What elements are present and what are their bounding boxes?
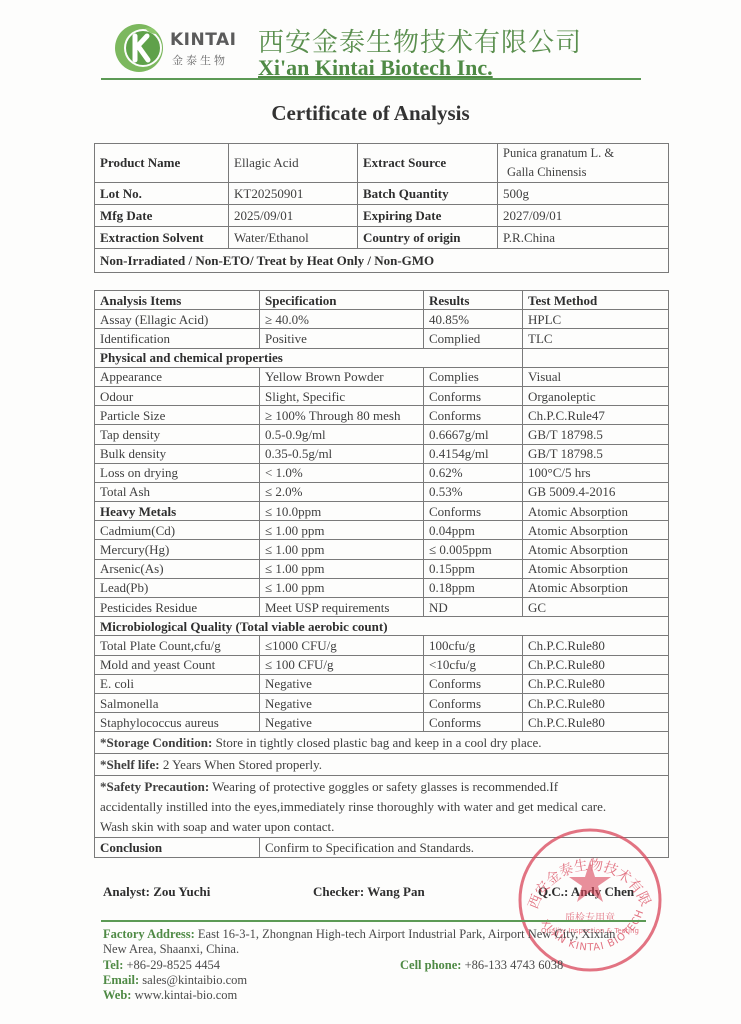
telephone: Tel: +86-29-8525 4454 [103,958,220,973]
product-name-label: Product Name [95,144,229,183]
spec-cell: < 1.0% [260,463,424,482]
product-info-table: Product Name Ellagic Acid Extract Source… [94,143,669,273]
safety-line2: accidentally instilled into the eyes,imm… [100,799,606,814]
method-cell: 100°C/5 hrs [523,463,669,482]
method-cell: TLC [523,329,669,348]
analysis-row: Bulk density0.35-0.5g/ml0.4154g/mlGB/T 1… [95,444,669,463]
shelf-life: *Shelf life: 2 Years When Stored properl… [95,754,669,776]
analysis-row: Assay (Ellagic Acid)≥ 40.0%40.85%HPLC [95,310,669,329]
method-cell: Atomic Absorption [523,540,669,559]
analysis-row: IdentificationPositiveCompliedTLC [95,329,669,348]
item-cell: Staphylococcus aureus [95,713,260,732]
item-cell: Pesticides Residue [95,598,260,617]
extract-source-line2: Galla Chinensis [503,163,663,182]
address-line1: East 16-3-1, Zhongnan High-tech Airport … [195,927,616,941]
result-cell: 0.4154g/ml [424,444,523,463]
analysis-row: Cadmium(Cd)≤ 1.00 ppm0.04ppmAtomic Absor… [95,521,669,540]
extraction-solvent-label: Extraction Solvent [95,227,229,249]
cell-phone: Cell phone: +86-133 4743 6038 [400,958,563,973]
method-cell: Test Method [523,291,669,310]
factory-address: Factory Address: East 16-3-1, Zhongnan H… [103,927,615,957]
storage-condition-text: *Storage Condition: Store in tightly clo… [95,732,669,754]
item-cell: Total Plate Count,cfu/g [95,636,260,655]
analysis-row: Loss on drying< 1.0%0.62%100°C/5 hrs [95,463,669,482]
result-cell: 0.62% [424,463,523,482]
web-label: Web: [103,988,131,1002]
method-cell: Ch.P.C.Rule80 [523,636,669,655]
section-microbiological: Microbiological Quality (Total viable ae… [95,617,669,636]
method-cell: GC [523,598,669,617]
spec-cell: Yellow Brown Powder [260,367,424,386]
analysis-row: Arsenic(As)≤ 1.00 ppm0.15ppmAtomic Absor… [95,559,669,578]
kintai-logo-icon [113,22,165,74]
section-physical-chemical: Physical and chemical properties [95,348,669,367]
address-line2: New Area, Shaanxi, China. [103,942,239,956]
spec-cell: ≥ 40.0% [260,310,424,329]
result-cell: <10cfu/g [424,655,523,674]
result-cell: 0.04ppm [424,521,523,540]
safety-precaution-text: *Safety Precaution: Wearing of protectiv… [95,776,669,838]
method-cell: Ch.P.C.Rule47 [523,406,669,425]
safety-precaution: *Safety Precaution: Wearing of protectiv… [95,776,669,838]
empty-cell [523,348,669,367]
expiring-date-value: 2027/09/01 [498,205,669,227]
item-cell: Lead(Pb) [95,578,260,597]
email-value[interactable]: sales@kintaibio.com [139,973,247,987]
result-cell: Conforms [424,674,523,693]
item-cell: Odour [95,386,260,405]
product-info-row: Mfg Date 2025/09/01 Expiring Date 2027/0… [95,205,669,227]
analyst-signature: Analyst: Zou Yuchi [103,884,210,900]
item-cell: Tap density [95,425,260,444]
section-physical-chemical-label: Physical and chemical properties [95,348,523,367]
country-origin-label: Country of origin [358,227,498,249]
mfg-date-label: Mfg Date [95,205,229,227]
analysis-row: Tap density0.5-0.9g/ml0.6667g/mlGB/T 187… [95,425,669,444]
item-cell: Total Ash [95,482,260,501]
result-cell: Conforms [424,502,523,521]
analysis-row: Pesticides ResidueMeet USP requirementsN… [95,598,669,617]
method-cell: Visual [523,367,669,386]
storage-label: *Storage Condition: [100,735,212,750]
method-cell: GB/T 18798.5 [523,425,669,444]
analysis-row: OdourSlight, SpecificConformsOrganolepti… [95,386,669,405]
spec-cell: ≤ 10.0ppm [260,502,424,521]
item-cell: Assay (Ellagic Acid) [95,310,260,329]
spec-cell: Specification [260,291,424,310]
result-cell: Complies [424,367,523,386]
spec-cell: ≥ 100% Through 80 mesh [260,406,424,425]
method-cell: Ch.P.C.Rule80 [523,713,669,732]
result-cell: 0.18ppm [424,578,523,597]
analysis-row: Total Plate Count,cfu/g≤1000 CFU/g100cfu… [95,636,669,655]
web-value[interactable]: www.kintai-bio.com [131,988,237,1002]
address-label: Factory Address: [103,927,195,941]
analysis-row: Total Ash≤ 2.0%0.53%GB 5009.4-2016 [95,482,669,501]
item-cell: Mold and yeast Count [95,655,260,674]
spec-cell: ≤1000 CFU/g [260,636,424,655]
spec-cell: Negative [260,693,424,712]
analysis-table: Analysis ItemsSpecificationResultsTest M… [94,290,669,858]
footer-divider [101,920,646,922]
batch-quantity-label: Batch Quantity [358,183,498,205]
product-name-value: Ellagic Acid [229,144,358,183]
storage-text: Store in tightly closed plastic bag and … [212,735,541,750]
analysis-row: Heavy Metals≤ 10.0ppmConformsAtomic Abso… [95,502,669,521]
spec-cell: ≤ 1.00 ppm [260,578,424,597]
tel-label: Tel: [103,958,123,972]
result-cell: 40.85% [424,310,523,329]
spec-cell: Positive [260,329,424,348]
method-cell: Organoleptic [523,386,669,405]
analysis-row: Mold and yeast Count≤ 100 CFU/g<10cfu/gC… [95,655,669,674]
svg-text:质检专用章: 质检专用章 [565,911,615,924]
item-cell: Mercury(Hg) [95,540,260,559]
product-info-row: Product Name Ellagic Acid Extract Source… [95,144,669,183]
product-compliance-note: Non-Irradiated / Non-ETO/ Treat by Heat … [95,249,669,273]
batch-quantity-value: 500g [498,183,669,205]
conclusion-row: ConclusionConfirm to Specification and S… [95,838,669,857]
qc-signature: Q.C.: Andy Chen [538,884,634,900]
method-cell: Atomic Absorption [523,521,669,540]
spec-cell: ≤ 2.0% [260,482,424,501]
lot-no-value: KT20250901 [229,183,358,205]
spec-cell: ≤ 1.00 ppm [260,540,424,559]
spec-cell: Meet USP requirements [260,598,424,617]
spec-cell: ≤ 1.00 ppm [260,559,424,578]
cell-label: Cell phone: [400,958,461,972]
safety-line1: Wearing of protective goggles or safety … [209,779,558,794]
item-cell: Particle Size [95,406,260,425]
method-cell: GB 5009.4-2016 [523,482,669,501]
method-cell: Atomic Absorption [523,502,669,521]
email: Email: sales@kintaibio.com [103,973,247,988]
method-cell: Ch.P.C.Rule80 [523,693,669,712]
safety-line3: Wash skin with soap and water upon conta… [100,819,334,834]
result-cell: Results [424,291,523,310]
section-microbiological-label: Microbiological Quality (Total viable ae… [95,617,669,636]
tel-value: +86-29-8525 4454 [123,958,220,972]
analysis-row: AppearanceYellow Brown PowderCompliesVis… [95,367,669,386]
analysis-row: Lead(Pb)≤ 1.00 ppm0.18ppmAtomic Absorpti… [95,578,669,597]
item-cell: Identification [95,329,260,348]
cell-value: +86-133 4743 6038 [461,958,563,972]
result-cell: 0.15ppm [424,559,523,578]
product-info-note-row: Non-Irradiated / Non-ETO/ Treat by Heat … [95,249,669,273]
analysis-row: Mercury(Hg)≤ 1.00 ppm≤ 0.005ppmAtomic Ab… [95,540,669,559]
result-cell: Conforms [424,406,523,425]
extraction-solvent-value: Water/Ethanol [229,227,358,249]
brand-name-en: KINTAI [170,30,236,50]
spec-cell: 0.5-0.9g/ml [260,425,424,444]
item-cell: Appearance [95,367,260,386]
result-cell: ≤ 0.005ppm [424,540,523,559]
item-cell: Salmonella [95,693,260,712]
extract-source-label: Extract Source [358,144,498,183]
method-cell: Ch.P.C.Rule80 [523,655,669,674]
expiring-date-label: Expiring Date [358,205,498,227]
spec-cell: Negative [260,713,424,732]
country-origin-value: P.R.China [498,227,669,249]
result-cell: 100cfu/g [424,636,523,655]
item-cell: Analysis Items [95,291,260,310]
document-title: Certificate of Analysis [0,101,741,126]
result-cell: 0.53% [424,482,523,501]
item-cell: Loss on drying [95,463,260,482]
result-cell: Conforms [424,713,523,732]
item-cell: Arsenic(As) [95,559,260,578]
spec-cell: ≤ 100 CFU/g [260,655,424,674]
spec-cell: ≤ 1.00 ppm [260,521,424,540]
result-cell: 0.6667g/ml [424,425,523,444]
analysis-row: SalmonellaNegativeConformsCh.P.C.Rule80 [95,693,669,712]
analysis-row: E. coliNegativeConformsCh.P.C.Rule80 [95,674,669,693]
method-cell: Ch.P.C.Rule80 [523,674,669,693]
result-cell: Conforms [424,386,523,405]
conclusion-value: Confirm to Specification and Standards. [260,838,669,857]
email-label: Email: [103,973,139,987]
company-name-cn: 西安金泰生物技术有限公司 [258,22,582,59]
result-cell: Conforms [424,693,523,712]
conclusion-label: Conclusion [95,838,260,857]
item-cell: Heavy Metals [95,502,260,521]
item-cell: Bulk density [95,444,260,463]
shelf-life-text: *Shelf life: 2 Years When Stored properl… [95,754,669,776]
spec-cell: 0.35-0.5g/ml [260,444,424,463]
brand-name-cn: 金泰生物 [172,52,228,68]
safety-label: *Safety Precaution: [100,779,209,794]
method-cell: HPLC [523,310,669,329]
product-info-row: Lot No. KT20250901 Batch Quantity 500g [95,183,669,205]
method-cell: Atomic Absorption [523,559,669,578]
item-cell: E. coli [95,674,260,693]
item-cell: Cadmium(Cd) [95,521,260,540]
product-info-row: Extraction Solvent Water/Ethanol Country… [95,227,669,249]
method-cell: GB/T 18798.5 [523,444,669,463]
result-cell: ND [424,598,523,617]
lot-no-label: Lot No. [95,183,229,205]
spec-cell: Negative [260,674,424,693]
spec-cell: Slight, Specific [260,386,424,405]
analysis-row: Staphylococcus aureusNegativeConformsCh.… [95,713,669,732]
result-cell: Complied [424,329,523,348]
storage-condition: *Storage Condition: Store in tightly clo… [95,732,669,754]
shelf-label: *Shelf life: [100,757,160,772]
shelf-text: 2 Years When Stored properly. [160,757,322,772]
mfg-date-value: 2025/09/01 [229,205,358,227]
extract-source-value: Punica granatum L. & Galla Chinensis [498,144,669,183]
checker-signature: Checker: Wang Pan [313,884,425,900]
extract-source-line1: Punica granatum L. & [503,144,663,163]
method-cell: Atomic Absorption [523,578,669,597]
website: Web: www.kintai-bio.com [103,988,237,1003]
analysis-row: Particle Size≥ 100% Through 80 meshConfo… [95,406,669,425]
analysis-header-row: Analysis ItemsSpecificationResultsTest M… [95,291,669,310]
header-divider [101,78,641,80]
